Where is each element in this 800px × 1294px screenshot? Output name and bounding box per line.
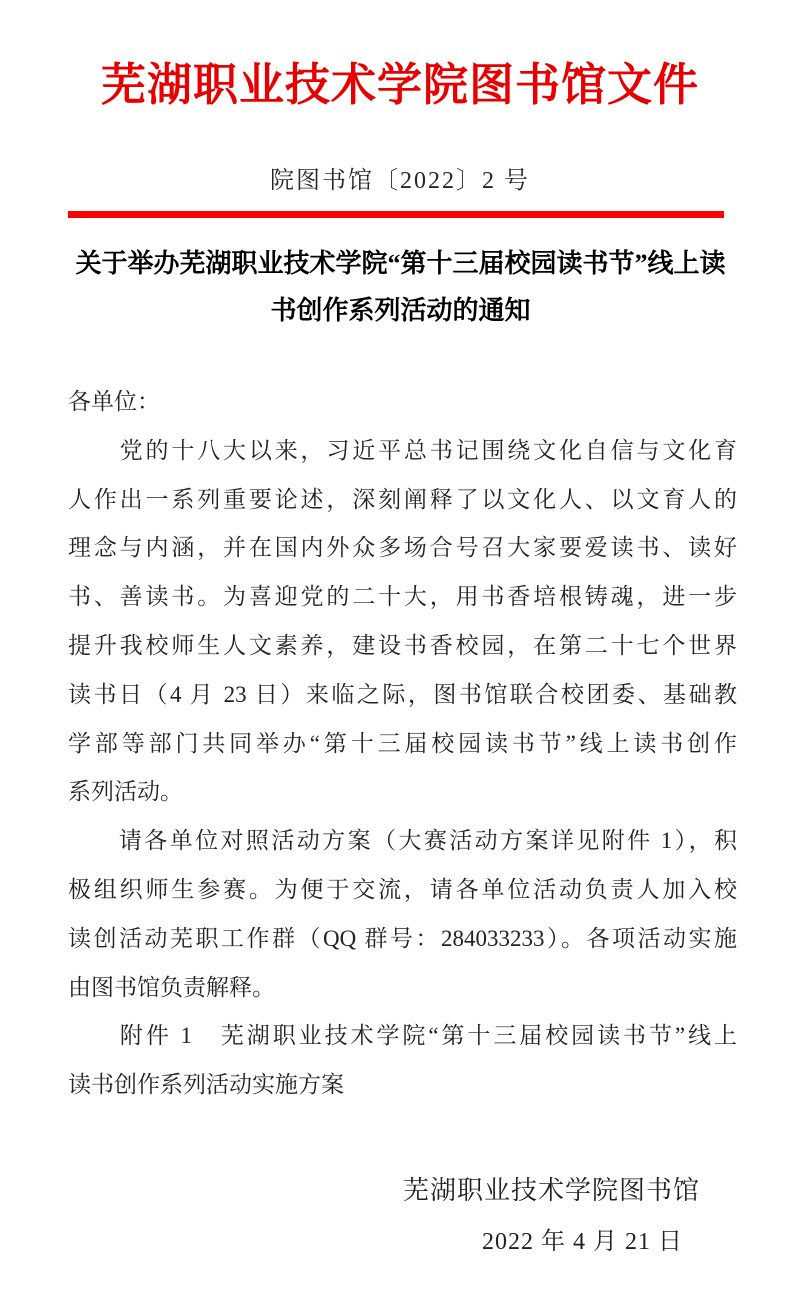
body-line: 请各单位对照活动方案（大赛活动方案详见附件 1），积 — [68, 817, 737, 866]
body-line: 理念与内涵，并在国内外众多场合号召大家要爱读书、读好 — [68, 524, 737, 573]
body-line: 党的十八大以来，习近平总书记围绕文化自信与文化育 — [68, 427, 737, 476]
closing-signer: 芜湖职业技术学院图书馆 — [403, 1170, 700, 1207]
salutation-line: 各单位： — [68, 378, 737, 427]
body-line: 书、善读书。为喜迎党的二十大，用书香培根铸魂，进一步 — [68, 573, 737, 622]
document-page: 芜湖职业技术学院图书馆文件 院图书馆〔2022〕2 号 关于举办芜湖职业技术学院… — [0, 0, 800, 1294]
attachment-line: 读书创作系列活动实施方案 — [68, 1061, 737, 1110]
document-body: 各单位： 党的十八大以来，习近平总书记围绕文化自信与文化育 人作出一系列重要论述… — [68, 378, 737, 1110]
body-line: 读创活动芜职工作群（QQ 群号：284033233）。各项活动实施 — [68, 915, 737, 964]
body-line: 系列活动。 — [68, 768, 737, 817]
body-line: 极组织师生参赛。为便于交流，请各单位活动负责人加入校 — [68, 866, 737, 915]
notice-title: 关于举办芜湖职业技术学院“第十三届校园读书节”线上读 书创作系列活动的通知 — [66, 240, 735, 334]
notice-title-line2: 书创作系列活动的通知 — [66, 287, 735, 334]
red-divider-rule — [68, 211, 724, 218]
body-line: 人作出一系列重要论述，深刻阐释了以文化人、以文育人的 — [68, 476, 737, 525]
attachment-line: 附件 1 芜湖职业技术学院“第十三届校园读书节”线上 — [68, 1012, 737, 1061]
body-line: 提升我校师生人文素养，建设书香校园，在第二十七个世界 — [68, 622, 737, 671]
closing-date: 2022 年 4 月 21 日 — [482, 1221, 683, 1256]
body-line: 学部等部门共同举办“第十三届校园读书节”线上读书创作 — [68, 720, 737, 769]
document-header-title: 芜湖职业技术学院图书馆文件 — [0, 57, 800, 113]
body-line: 读书日（4 月 23 日）来临之际，图书馆联合校团委、基础教 — [68, 671, 737, 720]
document-number: 院图书馆〔2022〕2 号 — [0, 160, 800, 195]
notice-title-line1: 关于举办芜湖职业技术学院“第十三届校园读书节”线上读 — [66, 240, 735, 287]
body-line: 由图书馆负责解释。 — [68, 964, 737, 1013]
